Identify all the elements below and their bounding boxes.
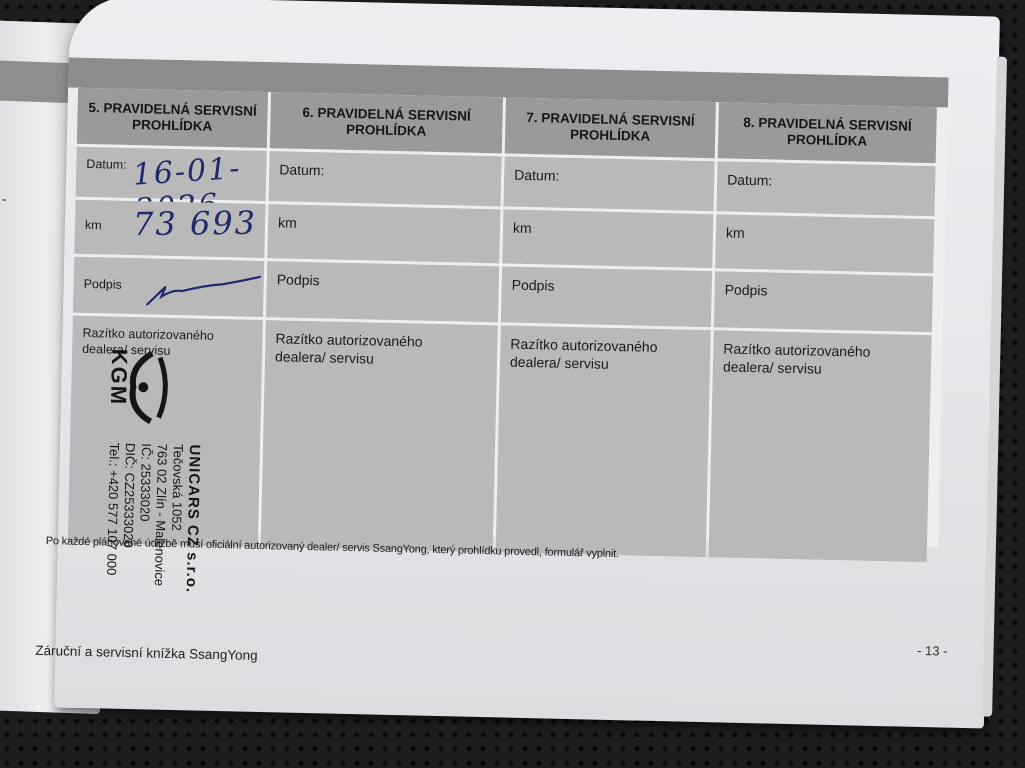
inspection-8-km-field[interactable]: km <box>715 214 934 273</box>
handwritten-km: 73 693 <box>133 204 257 244</box>
signature-label: Podpis <box>512 277 555 295</box>
left-page-mark: - <box>2 191 7 207</box>
inspection-7-km-field[interactable]: km <box>502 209 713 268</box>
signature-scribble-icon <box>143 268 264 311</box>
km-label: km <box>85 218 102 234</box>
km-label: km <box>278 214 297 232</box>
inspection-5-stamp-field[interactable]: Razítko autorizovaného dealera/ servisu … <box>68 316 263 547</box>
inspection-7-header: 7. PRAVIDELNÁ SERVISNÍ PROHLÍDKA <box>505 97 716 158</box>
signature-label: Podpis <box>83 277 122 293</box>
inspection-7-stamp-field[interactable]: Razítko autorizovaného dealera/ servisu <box>496 325 711 557</box>
date-label: Datum: <box>86 157 127 174</box>
inspection-5-date-field[interactable]: Datum: 16-01-2026 <box>76 147 267 201</box>
km-label: km <box>726 224 745 242</box>
signature-label: Podpis <box>277 271 320 289</box>
inspection-8-signature-field[interactable]: Podpis <box>714 271 933 332</box>
km-label: km <box>513 220 532 238</box>
inspection-8-date-field[interactable]: Datum: <box>716 161 935 216</box>
inspection-8-stamp-field[interactable]: Razítko autorizovaného dealera/ servisu <box>709 330 932 562</box>
date-label: Datum: <box>279 161 325 180</box>
inspection-6-signature-field[interactable]: Podpis <box>266 261 499 322</box>
date-label: Datum: <box>514 167 560 186</box>
book-title-footer: Záruční a servisní knížka SsangYong <box>35 643 258 663</box>
inspection-7-date-field[interactable]: Datum: <box>504 156 715 211</box>
stamp-tel: Tel.: +420 577 107 000 <box>103 442 122 591</box>
inspection-8-header: 8. PRAVIDELNÁ SERVISNÍ PROHLÍDKA <box>718 102 937 163</box>
stamp-city: 763 02 Zlín - Malenovice <box>151 444 170 593</box>
inspection-6-stamp-field[interactable]: Razítko autorizovaného dealera/ servisu <box>261 320 498 552</box>
inspection-5-signature-field[interactable]: Podpis <box>73 257 264 317</box>
inspection-6-km-field[interactable]: km <box>267 204 500 263</box>
stamp-label: Razítko autorizovaného dealera/ servisu <box>275 330 466 369</box>
stamp-label: Razítko autorizovaného dealera/ servisu <box>723 340 904 379</box>
stamp-brand: KGM <box>105 348 132 406</box>
stamp-company: UNICARS CZ s.r.o. <box>183 444 202 593</box>
inspection-5-km-field[interactable]: km 73 693 <box>74 200 265 258</box>
dealer-stamp: KGM UNICARS CZ s.r.o. Tečovská 1052 763 … <box>86 346 242 609</box>
date-label: Datum: <box>727 171 773 190</box>
inspection-7-signature-field[interactable]: Podpis <box>501 266 712 327</box>
service-book-page: 5. PRAVIDELNÁ SERVISNÍ PROHLÍDKA 6. PRAV… <box>54 0 1000 728</box>
inspection-5-header: 5. PRAVIDELNÁ SERVISNÍ PROHLÍDKA <box>77 88 268 148</box>
service-inspection-table: 5. PRAVIDELNÁ SERVISNÍ PROHLÍDKA 6. PRAV… <box>68 88 948 548</box>
signature-label: Podpis <box>724 281 767 299</box>
stamp-address-block: UNICARS CZ s.r.o. Tečovská 1052 763 02 Z… <box>103 442 202 593</box>
inspection-6-date-field[interactable]: Datum: <box>269 151 502 206</box>
page-number: - 13 - <box>917 643 948 659</box>
stamp-dic: DIČ: CZ25333020 <box>119 443 138 592</box>
stamp-label: Razítko autorizovaného dealera/ servisu <box>510 336 691 375</box>
inspection-6-header: 6. PRAVIDELNÁ SERVISNÍ PROHLÍDKA <box>270 92 503 153</box>
